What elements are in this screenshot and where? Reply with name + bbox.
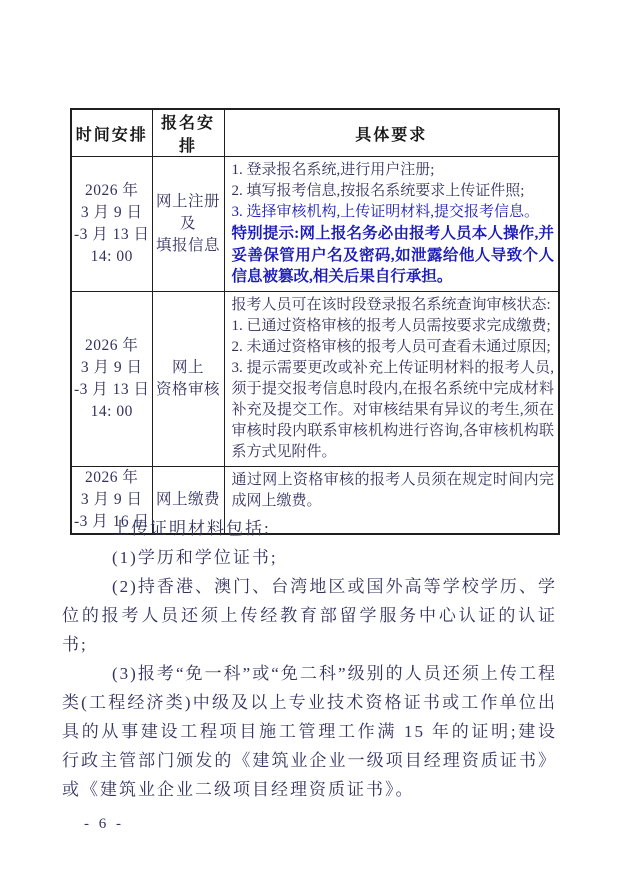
requirement-item: 2. 未通过资格审核的报考人员可查看未通过原因; bbox=[232, 337, 555, 358]
special-notice-text: 特别提示:网上报名务必由报考人员本人操作,并妥善保管用户名及密码,如泄露给他人导… bbox=[232, 223, 555, 288]
body-paragraph-item-1: (1)学历和学位证书; bbox=[62, 543, 557, 572]
time-cell-review: 2026 年 3 月 9 日 -3 月 13 日 14: 00 bbox=[71, 292, 152, 467]
header-registration-step: 报名安排 bbox=[152, 109, 224, 157]
page-number: - 6 - bbox=[84, 816, 124, 833]
requirements-cell-review: 报考人员可在该时段登录报名系统查询审核状态: 1. 已通过资格审核的报考人员需按… bbox=[224, 292, 559, 467]
time-line: -3 月 13 日 bbox=[72, 379, 152, 401]
table-row-qualification-review: 2026 年 3 月 9 日 -3 月 13 日 14: 00 网上 资格审核 … bbox=[71, 292, 559, 467]
requirement-item: 2. 填写报考信息,按报名系统要求上传证件照; bbox=[232, 181, 555, 202]
time-line: 3 月 9 日 bbox=[72, 357, 152, 379]
requirement-item: 3. 选择审核机构,上传证明材料,提交报考信息。 bbox=[232, 202, 555, 223]
time-line: 14: 00 bbox=[72, 246, 152, 268]
time-line: 2026 年 bbox=[72, 467, 152, 489]
body-paragraph-item-2: (2)持香港、澳门、台湾地区或国外高等学校学历、学位的报考人员还须上传经教育部留… bbox=[62, 572, 557, 659]
document-page: 时间安排 报名安排 具体要求 2026 年 3 月 9 日 -3 月 13 日 … bbox=[0, 0, 623, 882]
stage-line: 网上注册 bbox=[153, 191, 224, 213]
time-line: 14: 00 bbox=[72, 401, 152, 423]
requirement-item: 通过网上资格审核的报考人员须在规定时间内完成网上缴费。 bbox=[232, 470, 555, 512]
stage-cell-review: 网上 资格审核 bbox=[152, 292, 224, 467]
stage-line: 及 bbox=[153, 213, 224, 235]
body-paragraph-item-3: (3)报考“免一科”或“免二科”级别的人员还须上传工程类(工程经济类)中级及以上… bbox=[62, 659, 557, 804]
requirements-cell-registration: 1. 登录报名系统,进行用户注册; 2. 填写报考信息,按报名系统要求上传证件照… bbox=[224, 157, 559, 292]
body-paragraph-intro: 上传证明材料包括: bbox=[62, 514, 557, 543]
upload-materials-section: 上传证明材料包括: (1)学历和学位证书; (2)持香港、澳门、台湾地区或国外高… bbox=[62, 514, 557, 804]
registration-schedule-table: 时间安排 报名安排 具体要求 2026 年 3 月 9 日 -3 月 13 日 … bbox=[70, 108, 560, 535]
time-line: -3 月 13 日 bbox=[72, 224, 152, 246]
requirement-item: 1. 已通过资格审核的报考人员需按要求完成缴费; bbox=[232, 316, 555, 337]
requirement-item: 3. 提示需要更改或补充上传证明材料的报考人员,须于提交报考信息时段内,在报名系… bbox=[232, 358, 555, 463]
table-header-row: 时间安排 报名安排 具体要求 bbox=[71, 109, 559, 157]
time-line: 2026 年 bbox=[72, 335, 152, 357]
time-line: 3 月 9 日 bbox=[72, 489, 152, 511]
stage-cell-registration: 网上注册 及 填报信息 bbox=[152, 157, 224, 292]
time-line: 3 月 9 日 bbox=[72, 202, 152, 224]
stage-line: 资格审核 bbox=[153, 379, 224, 401]
requirement-intro: 报考人员可在该时段登录报名系统查询审核状态: bbox=[232, 295, 555, 316]
table-row-online-registration: 2026 年 3 月 9 日 -3 月 13 日 14: 00 网上注册 及 填… bbox=[71, 157, 559, 292]
requirement-item: 1. 登录报名系统,进行用户注册; bbox=[232, 160, 555, 181]
time-cell-registration: 2026 年 3 月 9 日 -3 月 13 日 14: 00 bbox=[71, 157, 152, 292]
stage-line: 网上缴费 bbox=[153, 489, 224, 511]
header-requirements: 具体要求 bbox=[224, 109, 559, 157]
stage-line: 网上 bbox=[153, 357, 224, 379]
stage-line: 填报信息 bbox=[153, 235, 224, 257]
time-line: 2026 年 bbox=[72, 180, 152, 202]
header-time-schedule: 时间安排 bbox=[71, 109, 152, 157]
